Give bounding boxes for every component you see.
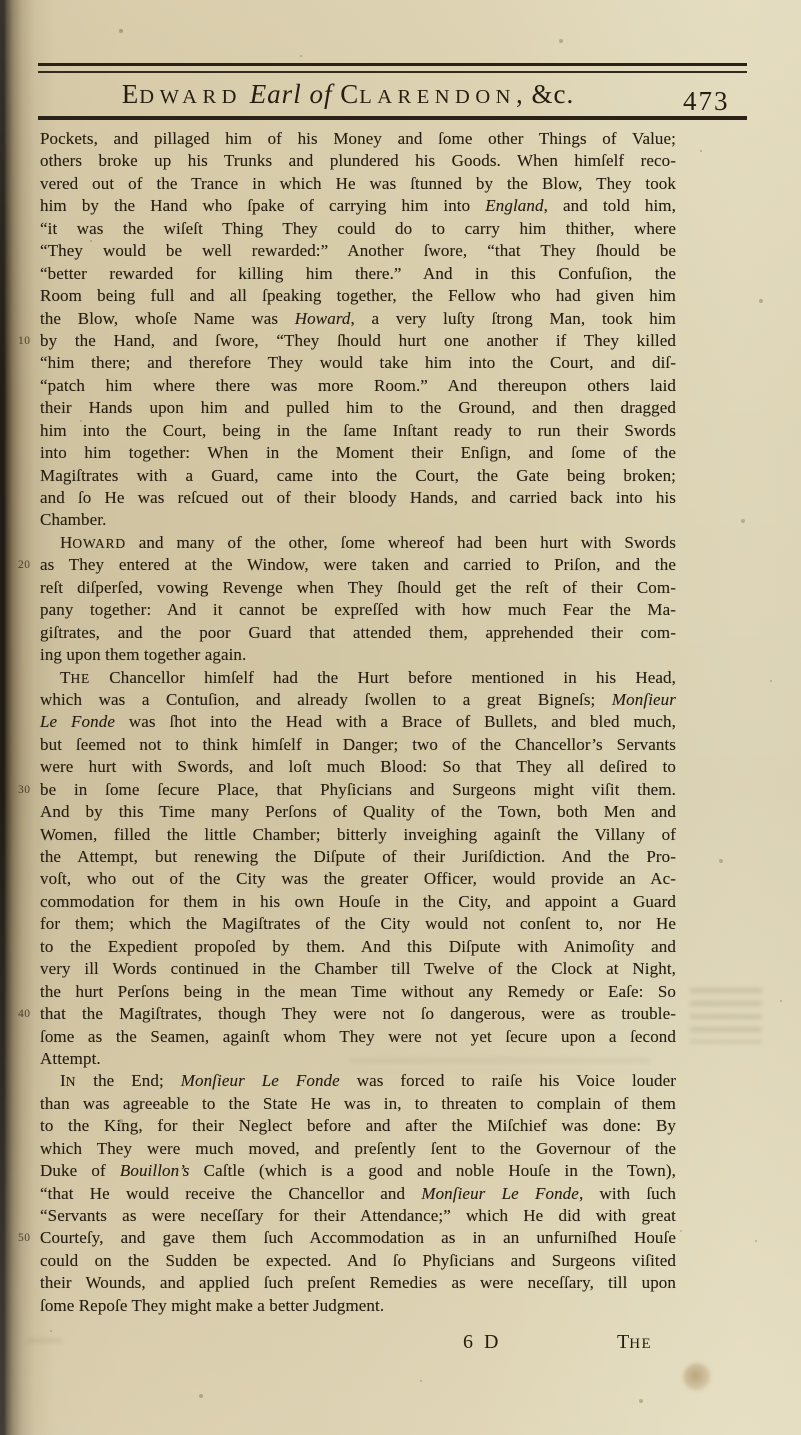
text-run: C bbox=[340, 79, 359, 109]
line-number: 50 bbox=[18, 1227, 38, 1249]
text-run: into him together: When in the Moment th… bbox=[40, 443, 676, 462]
top-rule-upper bbox=[38, 63, 747, 66]
text-line: 40that the Magiſtrates, though They were… bbox=[40, 1003, 676, 1025]
text-line: the Attempt, but renewing the Diſpute of… bbox=[40, 846, 676, 868]
showthrough-smudge bbox=[350, 1058, 650, 1072]
text-run: than was agreeable to the State He was i… bbox=[40, 1094, 676, 1113]
text-run: ſome as the Seamen, againſt whom They we… bbox=[40, 1027, 676, 1046]
text-line: Le Fonde was ſhot into the Head with a B… bbox=[40, 711, 676, 733]
text-run: Monſieur bbox=[612, 690, 676, 709]
text-line: could on the Sudden be expected. And ſo … bbox=[40, 1250, 676, 1272]
signature-mark: 6 D bbox=[463, 1331, 501, 1354]
text-run bbox=[242, 79, 250, 109]
text-run: Howard bbox=[295, 309, 351, 328]
text-run: voſt, who out of the City was the greate… bbox=[40, 869, 676, 888]
text-run: Chamber. bbox=[40, 510, 106, 529]
text-line: reſt diſperſed, vowing Revenge when They… bbox=[40, 577, 676, 599]
text-line: 10by the Hand, and ſwore, “They ſhould h… bbox=[40, 330, 676, 352]
text-line: 50Courteſy, and gave them ſuch Accommoda… bbox=[40, 1227, 676, 1249]
text-line: Duke of Bouillon’s Caſtle (which is a go… bbox=[40, 1160, 676, 1182]
text-line: but ſeemed not to think himſelf in Dange… bbox=[40, 734, 676, 756]
text-run: DWARD bbox=[139, 86, 242, 108]
text-run: was ſhot into the Head with a Brace of B… bbox=[115, 712, 676, 731]
text-line: into him together: When in the Moment th… bbox=[40, 442, 676, 464]
text-run: “that He would receive the Chancellor an… bbox=[40, 1184, 421, 1203]
showthrough-smudge bbox=[28, 1338, 62, 1350]
text-line: than was agreeable to the State He was i… bbox=[40, 1093, 676, 1115]
text-run: “it was the wiſeſt Thing They could do t… bbox=[40, 219, 676, 238]
text-run: but ſeemed not to think himſelf in Dange… bbox=[40, 735, 676, 754]
showthrough-smudge bbox=[690, 988, 762, 1043]
text-run: and ſo He was reſcued out of their blood… bbox=[40, 488, 676, 507]
text-run: the Blow, whoſe Name was bbox=[40, 309, 295, 328]
text-run: reſt diſperſed, vowing Revenge when They… bbox=[40, 578, 676, 597]
text-line: 30be in ſome ſecure Place, that Phyſicia… bbox=[40, 779, 676, 801]
catchword: THE bbox=[617, 1331, 652, 1354]
text-line: ing upon them together again. bbox=[40, 644, 676, 666]
text-run: N bbox=[66, 1074, 77, 1089]
text-run: as They entered at the Window, were take… bbox=[40, 555, 676, 574]
text-run: Duke of bbox=[40, 1161, 120, 1180]
text-run: Earl of bbox=[250, 79, 333, 109]
text-run: commodation for them in his own Houſe in… bbox=[40, 892, 676, 911]
text-run: LARENDON bbox=[359, 86, 516, 108]
text-line: HOWARD and many of the other, ſome where… bbox=[40, 532, 676, 554]
text-line: the Blow, whoſe Name was Howard, a very … bbox=[40, 308, 676, 330]
text-line: Chamber. bbox=[40, 509, 676, 531]
text-run: “him there; and therefore They would tak… bbox=[40, 353, 676, 372]
text-run: OWARD bbox=[72, 536, 126, 551]
text-run: which was a Contuſion, and already ſwoll… bbox=[40, 690, 612, 709]
text-line: 20as They entered at the Window, were ta… bbox=[40, 554, 676, 576]
text-line: ſome Repoſe They might make a better Jud… bbox=[40, 1295, 676, 1317]
text-line: Room being full and all ſpeaking togethe… bbox=[40, 285, 676, 307]
page-number: 473 bbox=[683, 86, 747, 117]
text-line: “him there; and therefore They would tak… bbox=[40, 352, 676, 374]
text-line: for them; which the Magiſtrates of the C… bbox=[40, 913, 676, 935]
text-run: pany together: And it cannot be expreſſe… bbox=[40, 600, 676, 619]
text-run: Monſieur Le Fonde bbox=[181, 1071, 340, 1090]
text-run: England bbox=[485, 196, 543, 215]
line-number: 30 bbox=[18, 779, 38, 801]
text-line: voſt, who out of the City was the greate… bbox=[40, 868, 676, 890]
line-number: 20 bbox=[18, 554, 38, 576]
header-rule bbox=[38, 116, 747, 120]
text-run: “Servants as were neceſſary for their At… bbox=[40, 1206, 676, 1225]
text-run: be in ſome ſecure Place, that Phyſicians… bbox=[40, 780, 676, 799]
text-line: commodation for them in his own Houſe in… bbox=[40, 891, 676, 913]
text-run: by the Hand, and ſwore, “They ſhould hur… bbox=[40, 331, 676, 350]
top-rule-lower bbox=[38, 71, 747, 73]
line-number: 40 bbox=[18, 1003, 38, 1025]
text-line: him into the Court, being in the ſame In… bbox=[40, 420, 676, 442]
text-line: Magiſtrates with a Guard, came into the … bbox=[40, 465, 676, 487]
text-run: others broke up his Trunks and plundered… bbox=[40, 151, 676, 170]
text-run: T bbox=[617, 1331, 629, 1353]
text-line: “better rewarded for killing him there.”… bbox=[40, 263, 676, 285]
text-line: THE Chancellor himſelf had the Hurt befo… bbox=[40, 667, 676, 689]
text-line: Women, filled the little Chamber; bitter… bbox=[40, 824, 676, 846]
text-run: “patch him where there was more Room.” A… bbox=[40, 376, 676, 395]
text-run: Pockets, and pillaged him of his Money a… bbox=[40, 129, 676, 148]
text-line: Pockets, and pillaged him of his Money a… bbox=[40, 128, 676, 150]
text-run: Monſieur Le Fonde bbox=[421, 1184, 579, 1203]
text-line: were hurt with Swords, and loſt much Blo… bbox=[40, 756, 676, 778]
text-line: giſtrates, and the poor Guard that atten… bbox=[40, 622, 676, 644]
text-run: for them; which the Magiſtrates of the C… bbox=[40, 914, 676, 933]
text-run: Attempt. bbox=[40, 1049, 101, 1068]
text-run: their Wounds, and applied ſuch preſent R… bbox=[40, 1273, 676, 1292]
book-page: EDWARD Earl of CLARENDON, &c. 473 Pocket… bbox=[0, 0, 801, 1435]
text-run: him by the Hand who ſpake of carrying hi… bbox=[40, 196, 485, 215]
text-run: which They were much moved, and preſentl… bbox=[40, 1139, 676, 1158]
text-run: , with ſuch bbox=[579, 1184, 676, 1203]
text-run: him into the Court, being in the ſame In… bbox=[40, 421, 676, 440]
text-run: , and told him, bbox=[544, 196, 676, 215]
text-run: vered out of the Trance in which He was … bbox=[40, 174, 676, 193]
running-header: EDWARD Earl of CLARENDON, &c. bbox=[38, 79, 658, 110]
text-run: T bbox=[60, 668, 70, 687]
text-run: Courteſy, and gave them ſuch Accommodati… bbox=[40, 1228, 676, 1247]
paper-specks bbox=[0, 0, 2, 2]
text-run: could on the Sudden be expected. And ſo … bbox=[40, 1251, 676, 1270]
text-run: “better rewarded for killing him there.”… bbox=[40, 264, 676, 283]
text-run: Magiſtrates with a Guard, came into the … bbox=[40, 466, 676, 485]
text-run: E bbox=[122, 79, 140, 109]
text-line: vered out of the Trance in which He was … bbox=[40, 173, 676, 195]
text-run: HE bbox=[629, 1336, 652, 1352]
text-line: the hurt Perſons being in the mean Time … bbox=[40, 981, 676, 1003]
text-run: Room being full and all ſpeaking togethe… bbox=[40, 286, 676, 305]
text-run: to the King, for their Neglect before an… bbox=[40, 1116, 676, 1135]
text-line: very ill Words continued in the Chamber … bbox=[40, 958, 676, 980]
text-run: Women, filled the little Chamber; bitter… bbox=[40, 825, 676, 844]
text-run: , &c. bbox=[516, 79, 574, 109]
text-line: to the King, for their Neglect before an… bbox=[40, 1115, 676, 1137]
text-run: to the Expedient propoſed by them. And t… bbox=[40, 937, 676, 956]
text-line: IN the End; Monſieur Le Fonde was forced… bbox=[40, 1070, 676, 1092]
text-run: “They would be well rewarded:” Another ſ… bbox=[40, 241, 676, 260]
text-run: Chancellor himſelf had the Hurt before m… bbox=[90, 668, 676, 687]
text-run: HE bbox=[70, 671, 90, 686]
text-line: And by this Time many Perſons of Quality… bbox=[40, 801, 676, 823]
text-run: H bbox=[60, 533, 72, 552]
text-run: the Attempt, but renewing the Diſpute of… bbox=[40, 847, 676, 866]
text-line: to the Expedient propoſed by them. And t… bbox=[40, 936, 676, 958]
text-run: Bouillon’s bbox=[120, 1161, 190, 1180]
text-run: , a very luſty ſtrong Man, took him bbox=[351, 309, 677, 328]
text-line: ſome as the Seamen, againſt whom They we… bbox=[40, 1026, 676, 1048]
text-line: “it was the wiſeſt Thing They could do t… bbox=[40, 218, 676, 240]
text-line: “patch him where there was more Room.” A… bbox=[40, 375, 676, 397]
text-run: Caſtle (which is a good and noble Houſe … bbox=[190, 1161, 676, 1180]
text-line: “that He would receive the Chancellor an… bbox=[40, 1183, 676, 1205]
text-run: and many of the other, ſome whereof had … bbox=[126, 533, 676, 552]
stain bbox=[683, 1363, 711, 1391]
text-run: the End; bbox=[76, 1071, 180, 1090]
text-run: And by this Time many Perſons of Quality… bbox=[40, 802, 676, 821]
text-run: that the Magiſtrates, though They were n… bbox=[40, 1004, 676, 1023]
text-run: their Hands upon him and pulled him to t… bbox=[40, 398, 676, 417]
line-number: 10 bbox=[18, 330, 38, 352]
text-line: “Servants as were neceſſary for their At… bbox=[40, 1205, 676, 1227]
text-line: “They would be well rewarded:” Another ſ… bbox=[40, 240, 676, 262]
text-run: ing upon them together again. bbox=[40, 645, 246, 664]
text-line: him by the Hand who ſpake of carrying hi… bbox=[40, 195, 676, 217]
text-line: their Wounds, and applied ſuch preſent R… bbox=[40, 1272, 676, 1294]
page-text: Pockets, and pillaged him of his Money a… bbox=[40, 128, 676, 1317]
text-run: Le Fonde bbox=[40, 712, 115, 731]
text-run: ſome Repoſe They might make a better Jud… bbox=[40, 1296, 384, 1315]
text-run: very ill Words continued in the Chamber … bbox=[40, 959, 676, 978]
text-run: were hurt with Swords, and loſt much Blo… bbox=[40, 757, 676, 776]
text-line: their Hands upon him and pulled him to t… bbox=[40, 397, 676, 419]
text-line: which They were much moved, and preſentl… bbox=[40, 1138, 676, 1160]
text-line: others broke up his Trunks and plundered… bbox=[40, 150, 676, 172]
text-run: giſtrates, and the poor Guard that atten… bbox=[40, 623, 676, 642]
text-line: and ſo He was reſcued out of their blood… bbox=[40, 487, 676, 509]
text-line: pany together: And it cannot be expreſſe… bbox=[40, 599, 676, 621]
text-run: was forced to raiſe his Voice louder bbox=[340, 1071, 676, 1090]
text-run: the hurt Perſons being in the mean Time … bbox=[40, 982, 676, 1001]
text-line: which was a Contuſion, and already ſwoll… bbox=[40, 689, 676, 711]
